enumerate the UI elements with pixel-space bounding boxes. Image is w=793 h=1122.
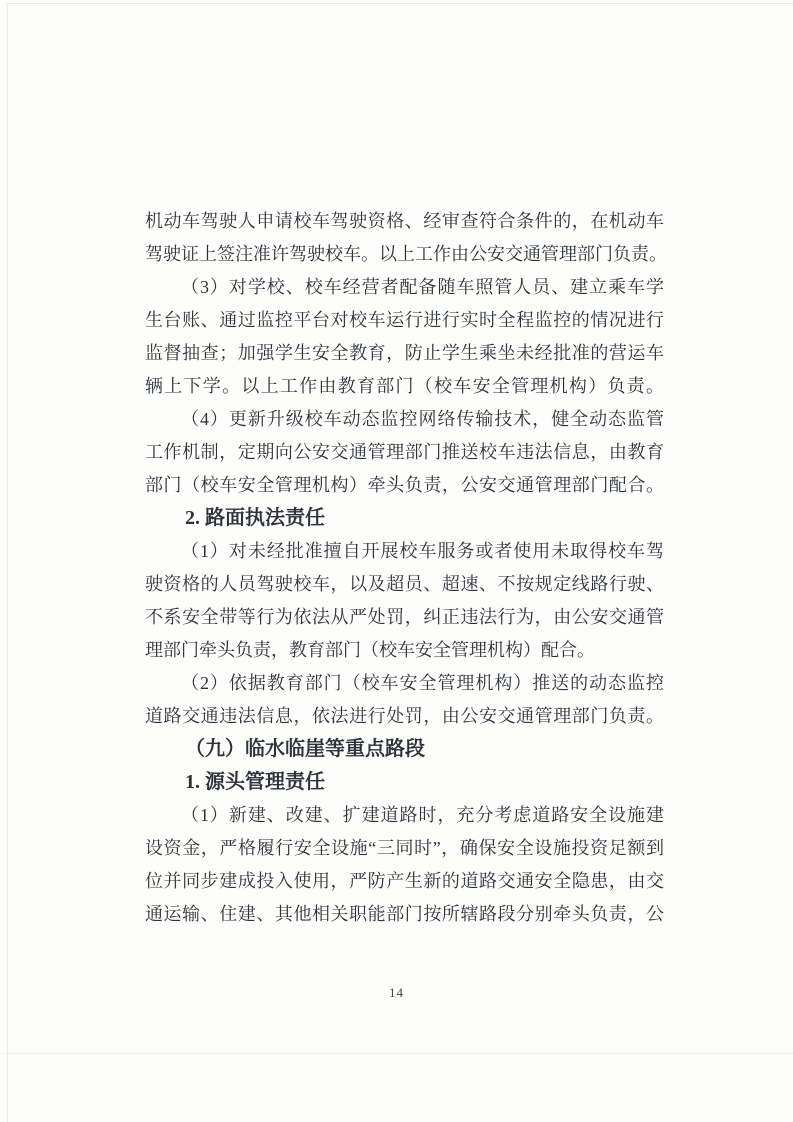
text-line: 不系安全带等行为依法从严处罚，纠正违法行为，由公安交通管 — [145, 601, 664, 634]
text-line: 设资金，严格履行安全设施“三同时”，确保安全设施投资足额到 — [145, 832, 664, 865]
text-line: （1）新建、改建、扩建道路时，充分考虑道路安全设施建 — [145, 799, 664, 832]
text-line: 辆上下学。以上工作由教育部门（校车安全管理机构）负责。 — [145, 370, 664, 403]
text-line: 驾驶证上签注准许驾驶校车。以上工作由公安交通管理部门负责。 — [145, 238, 664, 271]
scan-edge-top — [6, 3, 793, 4]
heading-line: 1. 源头管理责任 — [145, 766, 664, 799]
page-number: 14 — [0, 985, 793, 1001]
text-line: 部门（校车安全管理机构）牵头负责，公安交通管理部门配合。 — [145, 469, 664, 502]
text-line: 生台账、通过监控平台对校车运行进行实时全程监控的情况进行 — [145, 304, 664, 337]
text-line: 机动车驾驶人申请校车驾驶资格、经审查符合条件的，在机动车 — [145, 205, 664, 238]
document-page: 机动车驾驶人申请校车驾驶资格、经审查符合条件的，在机动车驾驶证上签注准许驾驶校车… — [0, 0, 793, 1122]
heading-line: 2. 路面执法责任 — [145, 502, 664, 535]
text-line: 工作机制，定期向公安交通管理部门推送校车违法信息，由教育 — [145, 436, 664, 469]
text-line: 驶资格的人员驾驶校车，以及超员、超速、不按规定线路行驶、 — [145, 568, 664, 601]
scan-edge-bottom — [0, 1053, 793, 1054]
scan-edge-left — [7, 3, 8, 1122]
document-body: 机动车驾驶人申请校车驾驶资格、经审查符合条件的，在机动车驾驶证上签注准许驾驶校车… — [145, 205, 664, 931]
text-line: （3）对学校、校车经营者配备随车照管人员、建立乘车学 — [145, 271, 664, 304]
text-line: 道路交通违法信息，依法进行处罚，由公安交通管理部门负责。 — [145, 700, 664, 733]
text-line: 理部门牵头负责，教育部门（校车安全管理机构）配合。 — [145, 634, 664, 667]
text-line: （1）对未经批准擅自开展校车服务或者使用未取得校车驾 — [145, 535, 664, 568]
text-line: 位并同步建成投入使用，严防产生新的道路交通安全隐患，由交 — [145, 865, 664, 898]
text-line: 通运输、住建、其他相关职能部门按所辖路段分别牵头负责，公 — [145, 898, 664, 931]
text-line: （4）更新升级校车动态监控网络传输技术，健全动态监管 — [145, 403, 664, 436]
heading-line: （九）临水临崖等重点路段 — [145, 733, 664, 766]
text-line: 监督抽查；加强学生安全教育，防止学生乘坐未经批准的营运车 — [145, 337, 664, 370]
text-line: （2）依据教育部门（校车安全管理机构）推送的动态监控 — [145, 667, 664, 700]
